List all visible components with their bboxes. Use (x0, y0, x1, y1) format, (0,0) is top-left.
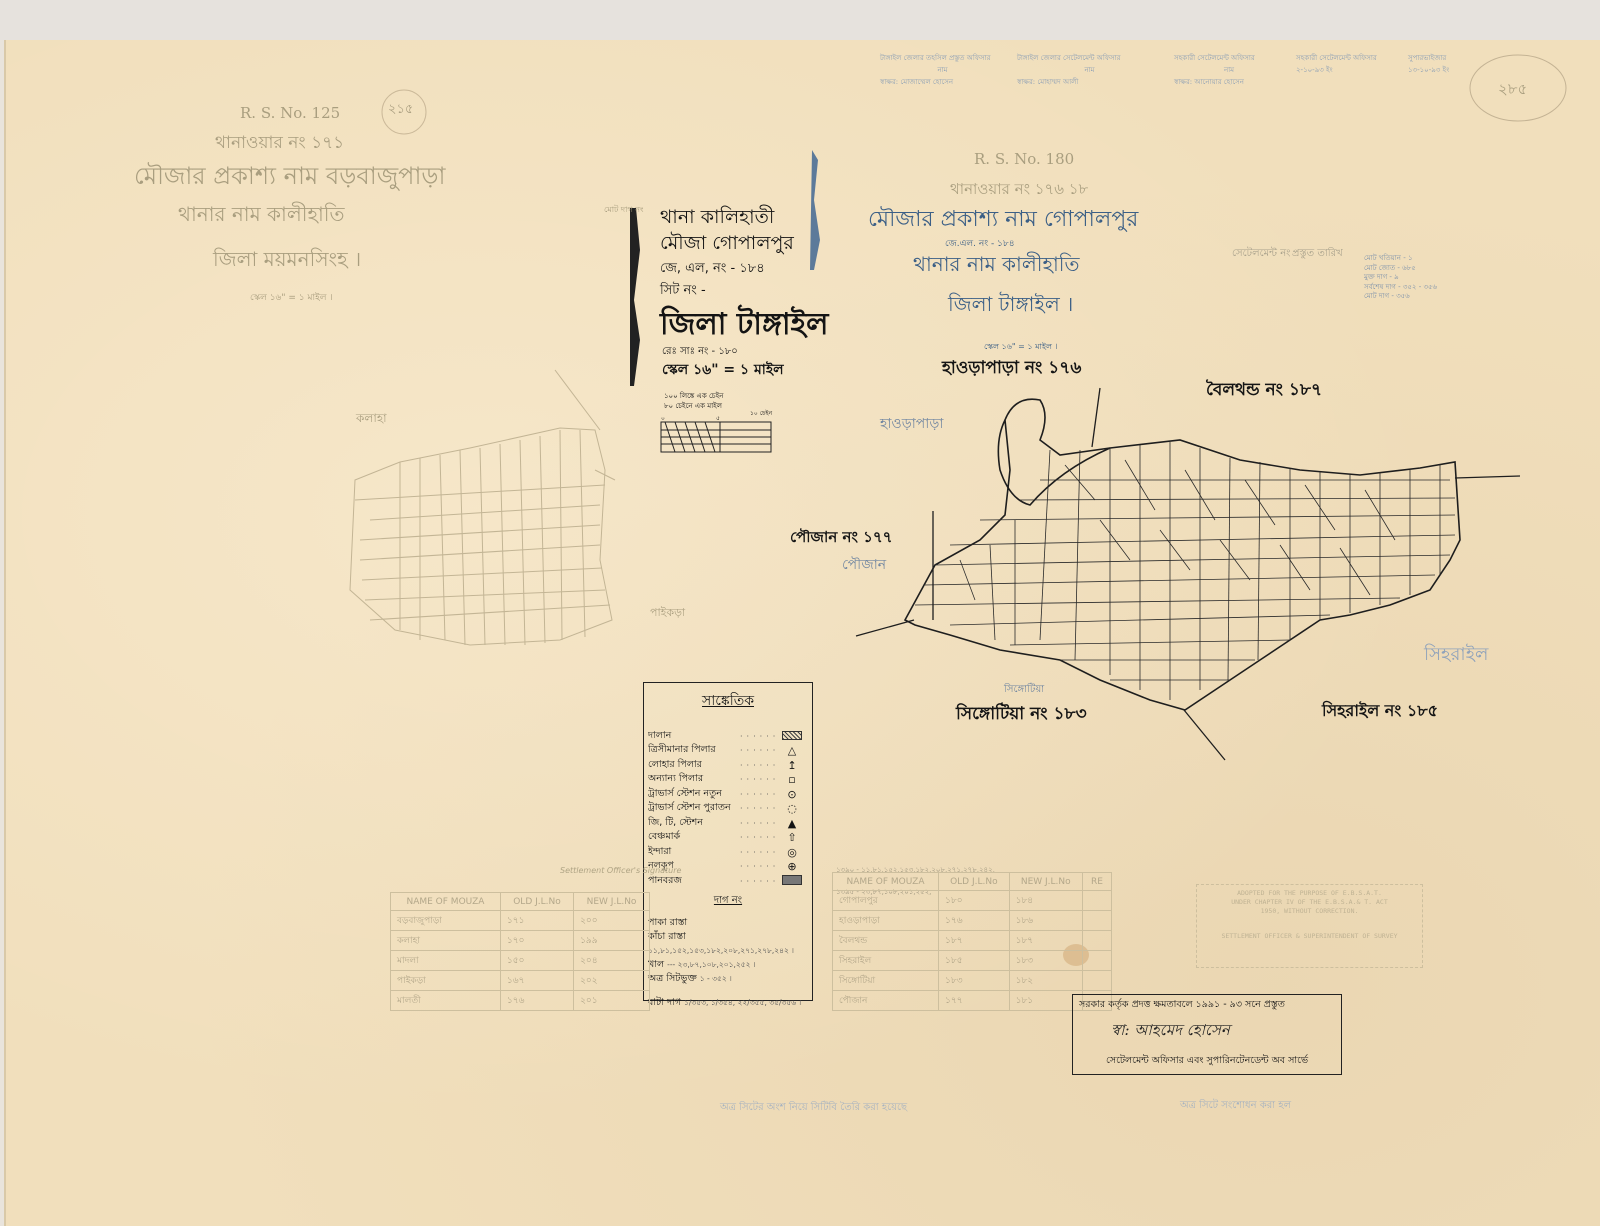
dag-row: পাকা রাস্তা (644, 916, 812, 930)
north-bracket (810, 150, 820, 270)
table-row: গোপালপুর১৮০১৮৪ (833, 891, 1112, 911)
old-rs-number: R. S. No. 125 (240, 104, 340, 122)
old-thana-ware: থানাওয়ার নং ১৭১ (215, 130, 344, 158)
filled-triangle-icon: ▲ (780, 817, 804, 830)
old-neighbor-south: পাইকড়া (650, 604, 685, 623)
corner-mark-left: ২১৫ (388, 100, 413, 121)
title-jl-number: জে, এল, নং - ১৮৪ (660, 258, 765, 280)
neighbor-boilkhondo: বৈলথন্ড নং ১৮৭ (1206, 377, 1322, 405)
legend-row: ইন্দারা······◎ (644, 845, 812, 860)
dag-row: খাল --- ২৩,৮৭,১০৮,২০১,২৫২ । (644, 958, 812, 972)
old-district: জিলা ময়মনসিংহ । (213, 245, 361, 278)
scale-bar-grid (661, 422, 771, 452)
note-poujan: পৌজান (842, 553, 886, 577)
building-symbol-icon (782, 731, 802, 740)
new-jl-number: জে.এল. নং - ১৮৪ (945, 236, 1015, 251)
dag-title: দাগ নং (644, 893, 812, 910)
old-mouza-parcels (350, 370, 615, 645)
square-icon: ▫ (780, 773, 804, 786)
certificate-box: সরকার কর্তৃক প্রদত্ত ক্ষমতাবলে ১৯৯১ - ৯৩… (1072, 994, 1342, 1075)
table-row: পাইকড়া১৬৭২০২ (391, 971, 650, 991)
table-row: মালতী১৭৬২০১ (391, 991, 650, 1011)
well-icon: ◎ (780, 846, 804, 859)
scale-tick-5: ৫ (716, 413, 720, 424)
new-mouza-table: NAME OF MOUZAOLD J.L.NoNEW J.L.NoRE গোপা… (832, 872, 1112, 1011)
new-rs-number: R. S. No. 180 (974, 150, 1074, 168)
neighbor-haorapara: হাওড়াপাড়া নং ১৭৬ (942, 355, 1081, 383)
neighbor-sihraile: সিহরাইল নং ১৮৫ (1322, 698, 1438, 725)
legend-row: পানবরজ······ (644, 874, 812, 889)
new-thana-ware: থানাওয়ার নং ১৭৬ ১৮ (950, 178, 1088, 203)
note-haorapara: হাওড়াপাড়া (880, 412, 943, 436)
table-row: বৈলথন্ড১৮৭১৮৭ (833, 931, 1112, 951)
legend-row: জি, টি, স্টেশন······▲ (644, 816, 812, 831)
certificate-line-3: সেটেলমেন্ট অফিসার এবং সুপারিনটেনডেন্ট অব… (1073, 1044, 1341, 1069)
old-scale: স্কেল ১৬" = ১ মাইল । (250, 290, 333, 305)
title-thana: থানা কালিহাতী (660, 206, 774, 228)
gopalpur-boundary (905, 399, 1460, 710)
scale-tick-0: ০ (661, 413, 665, 424)
note-singotia: সিঙ্গোটিয়া (1004, 682, 1044, 699)
new-mouza-name: মৌজার প্রকাশ্য নাম গোপালপুর (868, 202, 1138, 239)
title-sheet-number: সিট নং - (660, 280, 706, 302)
scale-tick-10: ১০ চেইন (750, 408, 772, 419)
betel-garden-symbol-icon (782, 875, 802, 885)
benchmark-icon: ⇧ (780, 831, 804, 844)
table-row: বড়বাজুপাড়া১৭১২০০ (391, 911, 650, 931)
legend-row: ট্রাভার্স স্টেশন পুরাতন······◌ (644, 802, 812, 817)
table-row: কলাহা১৭০১৯৯ (391, 931, 650, 951)
note-sihraile: সিহরাইল (1424, 640, 1488, 671)
iron-pillar-icon: ↥ (780, 759, 804, 772)
table-row: সিহরাইল১৮৫১৮৩ (833, 951, 1112, 971)
legend-row: বেঞ্চমার্ক······⇧ (644, 831, 812, 846)
dag-row: বাটা দাগ ১/৩৫৩, ১/৩৫৪, ২২/৩৫৫, ৩৫/৩৫৬ । (644, 996, 812, 1010)
note-bottom-2: অত্র সিটে সংশোধন করা হল (1180, 1098, 1291, 1115)
legend-box: সাঙ্কেতিক দালান······ ত্রিসীমানার পিলার·… (643, 682, 813, 1001)
triangle-icon: △ (780, 744, 804, 757)
title-block-rule (631, 208, 634, 386)
new-thana-name: থানার নাম কালীহাতি (913, 250, 1080, 283)
table-row: হাওড়াপাড়া১৭৬১৮৬ (833, 911, 1112, 931)
gopalpur-parcels (915, 442, 1455, 700)
right-note-head-2: প্রস্তুত তারিখ (1292, 246, 1343, 263)
dag-row: কাঁচা রাস্তা ১১,৮১,১৫২,১৫৩,১৮২,২০৮,২৭১,২… (644, 930, 812, 958)
top-ledger: টাঙ্গাইল জেলার তহসিল প্রস্তুত অফিসারনামস… (880, 52, 1520, 88)
neighbor-singotia: সিঙ্গোটিয়া নং ১৮৩ (956, 701, 1087, 729)
chain-note-2: ৮০ চেইনে এক মাইল (664, 400, 722, 412)
legend-row: লোহার পিলার······↥ (644, 758, 812, 773)
title-scale: স্কেল ১৬" = ১ মাইল (662, 358, 784, 382)
right-note-head-1: সেটেলমেন্ট নং (1232, 246, 1290, 263)
title-side-note: মোট দাগ নং (604, 204, 643, 217)
table-row: মাদলা১৫০২০৪ (391, 951, 650, 971)
old-mouza-table: NAME OF MOUZAOLD J.L.NoNEW J.L.No বড়বাজ… (390, 892, 650, 1011)
old-thana-name: থানার নাম কালীহাতি (178, 200, 345, 233)
new-district: জিলা টাঙ্গাইল । (948, 290, 1073, 323)
right-summary: মোট খতিয়ান - ১ মোট জোত - ৬৮৫ মুক্ত দাগ … (1364, 254, 1437, 302)
legend-row: ট্রাভার্স স্টেশন নতুন······⊙ (644, 787, 812, 802)
neighbor-poujan: পৌজান নং ১৭৭ (790, 526, 892, 551)
certificate-line-1: সরকার কর্তৃক প্রদত্ত ক্ষমতাবলে ১৯৯১ - ৯৩… (1073, 995, 1341, 1013)
dag-row: অত্র সিটভুক্ত ১ - ৩৫২ । (644, 972, 812, 986)
legend-title: সাঙ্কেতিক (644, 689, 812, 713)
old-table-caption: Settlement Officer's Signature (560, 866, 681, 875)
table-row: পৌজান১৭৭১৮১ (833, 991, 1112, 1011)
old-neighbor-north: কলাহা (356, 410, 387, 430)
note-bottom-1: অত্র সিটের অংশ নিয়ে সিটিবি তৈরি করা হয়… (720, 1100, 907, 1117)
circle-dot-icon: ⊙ (780, 788, 804, 801)
title-mouza: মৌজা গোপালপুর (660, 232, 794, 254)
adopted-stamp: ADOPTED FOR THE PURPOSE OF E.B.S.A.T. UN… (1196, 884, 1423, 968)
legend-row: দালান······ (644, 729, 812, 744)
old-mouza-name: মৌজার প্রকাশ্য নাম বড়বাজুপাড়া (134, 158, 446, 198)
legend-row: ত্রিসীমানার পিলার······△ (644, 744, 812, 759)
new-scale: স্কেল ১৬" = ১ মাইল । (984, 341, 1057, 354)
tubewell-icon: ⊕ (780, 860, 804, 873)
legend-row: অন্যান্য পিলার······▫ (644, 773, 812, 788)
certificate-signature: স্বা: আহমেদ হোসেন (1073, 1013, 1341, 1044)
dotted-circle-icon: ◌ (780, 802, 804, 815)
table-row: সিঙ্গোটিয়া১৮৩১৮২ (833, 971, 1112, 991)
